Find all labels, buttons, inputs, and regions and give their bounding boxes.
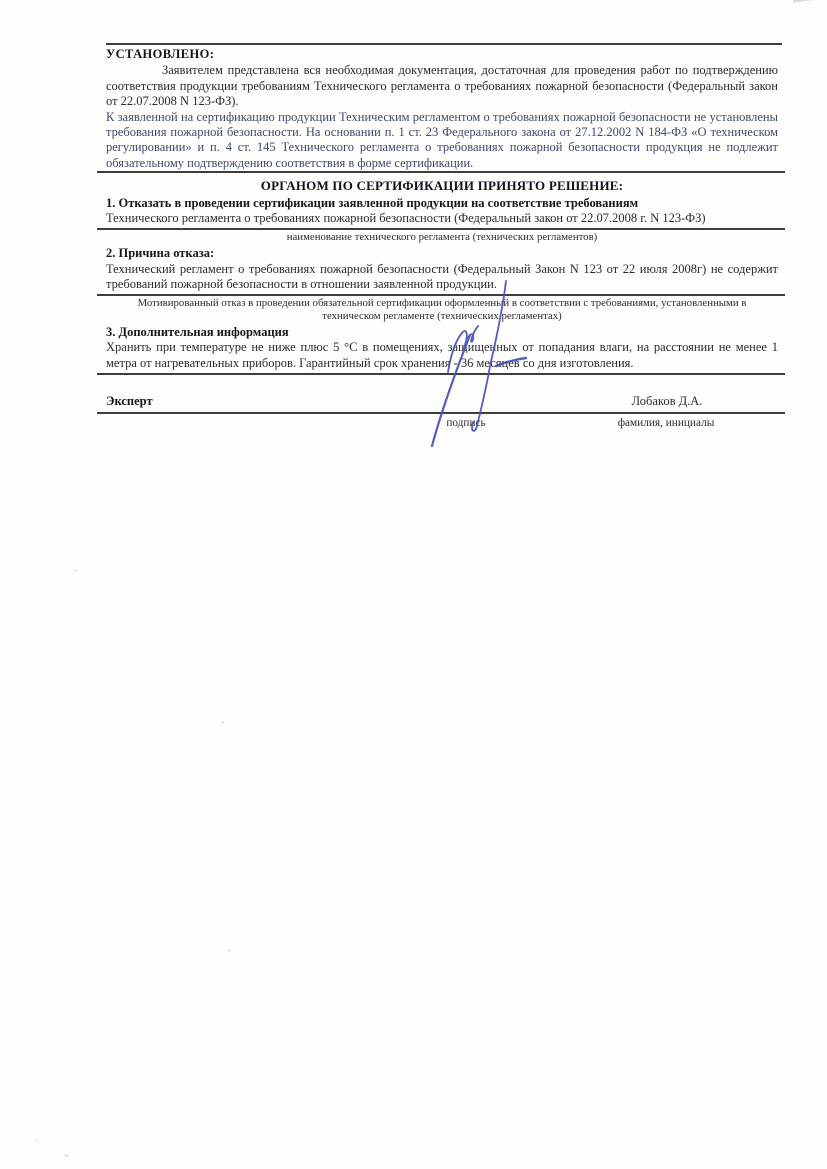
decision-item2-value-row: Технический регламент о требованиях пожа… — [97, 262, 785, 297]
established-paragraph-2: К заявленной на сертификацию продукции Т… — [106, 110, 778, 172]
decision-item3-value: Хранить при температуре не ниже плюс 5 °… — [106, 340, 778, 371]
scan-speck — [221, 721, 224, 724]
decision-item1-caption: наименование технического регламента (те… — [106, 231, 778, 244]
scanned-document-page: УСТАНОВЛЕНО: Заявителем представлена вся… — [0, 0, 827, 1169]
decision-item2-caption: Мотивированный отказ в проведении обязат… — [106, 297, 778, 323]
decision-item1-value-row: Технического регламента о требованиях по… — [97, 211, 785, 230]
decision-heading: ОРГАНОМ ПО СЕРТИФИКАЦИИ ПРИНЯТО РЕШЕНИЕ: — [106, 178, 778, 193]
established-heading: УСТАНОВЛЕНО: — [106, 47, 778, 62]
decision-item2-caption-line1: Мотивированный отказ в проведении обязат… — [106, 297, 778, 310]
decision-item3-title: 3. Дополнительная информация — [106, 325, 778, 340]
name-caption: фамилия, инициалы — [556, 416, 776, 431]
signature-captions-row: подпись фамилия, инициалы — [106, 414, 778, 432]
decision-item1-title: 1. Отказать в проведении сертификации за… — [106, 196, 778, 211]
decision-item1-value: Технического регламента о требованиях по… — [106, 211, 706, 225]
expert-role-label: Эксперт — [106, 394, 153, 409]
signature-line-row: Эксперт Лобаков Д.А. — [97, 385, 785, 414]
document-body: УСТАНОВЛЕНО: Заявителем представлена вся… — [106, 43, 778, 432]
scan-speck — [74, 569, 77, 572]
established-paragraph-1: Заявителем представлена вся необходимая … — [106, 63, 778, 109]
section-separator-line — [97, 171, 785, 173]
scan-speck — [227, 949, 230, 952]
scan-speck — [64, 1154, 69, 1157]
expert-name: Лобаков Д.А. — [577, 394, 757, 409]
decision-item2-title: 2. Причина отказа: — [106, 246, 778, 261]
top-separator-line — [106, 43, 782, 45]
scan-speck — [36, 1140, 38, 1142]
decision-item3-value-row: Хранить при температуре не ниже плюс 5 °… — [97, 340, 785, 375]
decision-item2-caption-line2: техническом регламенте (технических регл… — [106, 310, 778, 323]
scan-corner-artifact — [793, 0, 827, 3]
signature-caption: подпись — [406, 416, 526, 431]
decision-item2-value: Технический регламент о требованиях пожа… — [106, 262, 778, 293]
